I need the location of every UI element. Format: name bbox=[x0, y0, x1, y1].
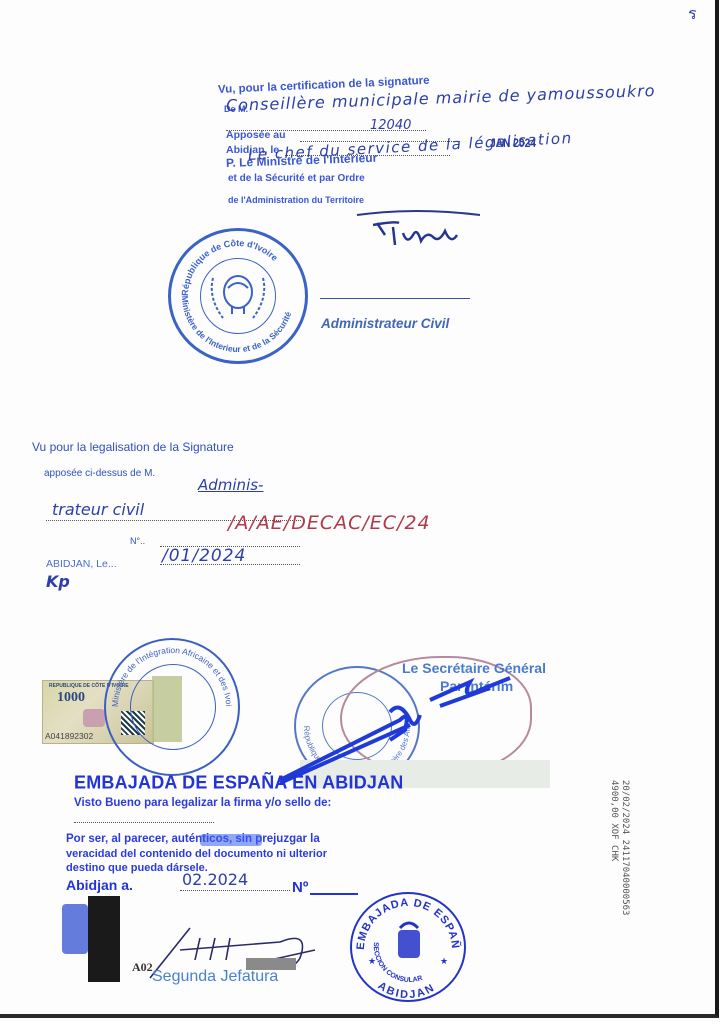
abidjan-label: Abidjan a. bbox=[66, 877, 133, 893]
handwritten-name-line1: Adminis- bbox=[198, 476, 263, 494]
receipt-line1: 20/02/2024 24117040000563 bbox=[620, 780, 630, 915]
svg-text:Ministère de l'Interieur et de: Ministère de l'Interieur et de la Sécuri… bbox=[180, 295, 293, 354]
coat-of-arms-icon bbox=[62, 904, 88, 954]
legalisation-heading: Vu pour la legalisation de la Signature bbox=[32, 440, 234, 454]
embassy-date-handwritten: 02.2024 bbox=[182, 870, 248, 889]
dotted-line bbox=[180, 890, 290, 891]
date-handwritten: /01/2024 bbox=[162, 546, 246, 566]
appose-handwritten: 12040 bbox=[370, 118, 411, 133]
administrateur-civil-title: Administrateur Civil bbox=[321, 316, 449, 331]
scanned-document-page: ร Vu, pour la certification de la signat… bbox=[0, 0, 719, 1018]
receipt-line2: 4900,00 XOF CHK bbox=[609, 780, 619, 861]
signature-1 bbox=[355, 205, 485, 255]
handwritten-name-line2: trateur civil bbox=[52, 500, 144, 519]
dotted-line bbox=[160, 564, 300, 565]
svg-text:★: ★ bbox=[368, 956, 376, 966]
dotted-line bbox=[74, 822, 214, 823]
tax-stamp-emblem-icon bbox=[83, 709, 105, 727]
embassy-title: EMBAJADA DE ESPAÑA EN ABIDJAN bbox=[74, 771, 404, 793]
por-ser-text: Por ser, al parecer, auténticos, sin pre… bbox=[66, 833, 320, 845]
visto-bueno: Visto Bueno para legalizar la firma y/o … bbox=[74, 797, 331, 809]
apposee-label: apposée ci-dessus de M. bbox=[44, 468, 155, 479]
tax-stamp-value: 1000 bbox=[57, 690, 85, 706]
appose-label: Apposée au bbox=[226, 129, 286, 141]
signatory-title: Segunda Jefatura bbox=[152, 968, 278, 986]
redacted-photo-block bbox=[88, 896, 120, 982]
corner-handwritten-mark: ร bbox=[688, 2, 697, 27]
embassy-no-label: Nº bbox=[292, 879, 308, 896]
svg-text:Ministère de l'Intégration Afr: Ministère de l'Intégration Africaine et … bbox=[104, 638, 234, 707]
abidjan-date-label: ABIDJAN, Le... bbox=[46, 558, 117, 570]
no-handwritten: /A/AE/DECAC/EC/24 bbox=[228, 512, 431, 534]
initials: Kp bbox=[46, 572, 70, 591]
redaction-mark bbox=[200, 834, 262, 846]
tax-stamp-serial: A041892302 bbox=[45, 731, 93, 741]
signature-rule bbox=[320, 298, 470, 299]
svg-text:★: ★ bbox=[440, 956, 448, 966]
order-handwritten: Le chef du service de la légalisation bbox=[248, 129, 574, 164]
veracidad-text: veracidad del contenido del documento ni… bbox=[66, 848, 327, 860]
order-line: et de la Sécurité et par Ordre bbox=[228, 173, 365, 184]
no-label: N°.. bbox=[130, 536, 145, 546]
admin-line: de l'Administration du Territoire bbox=[228, 195, 364, 205]
